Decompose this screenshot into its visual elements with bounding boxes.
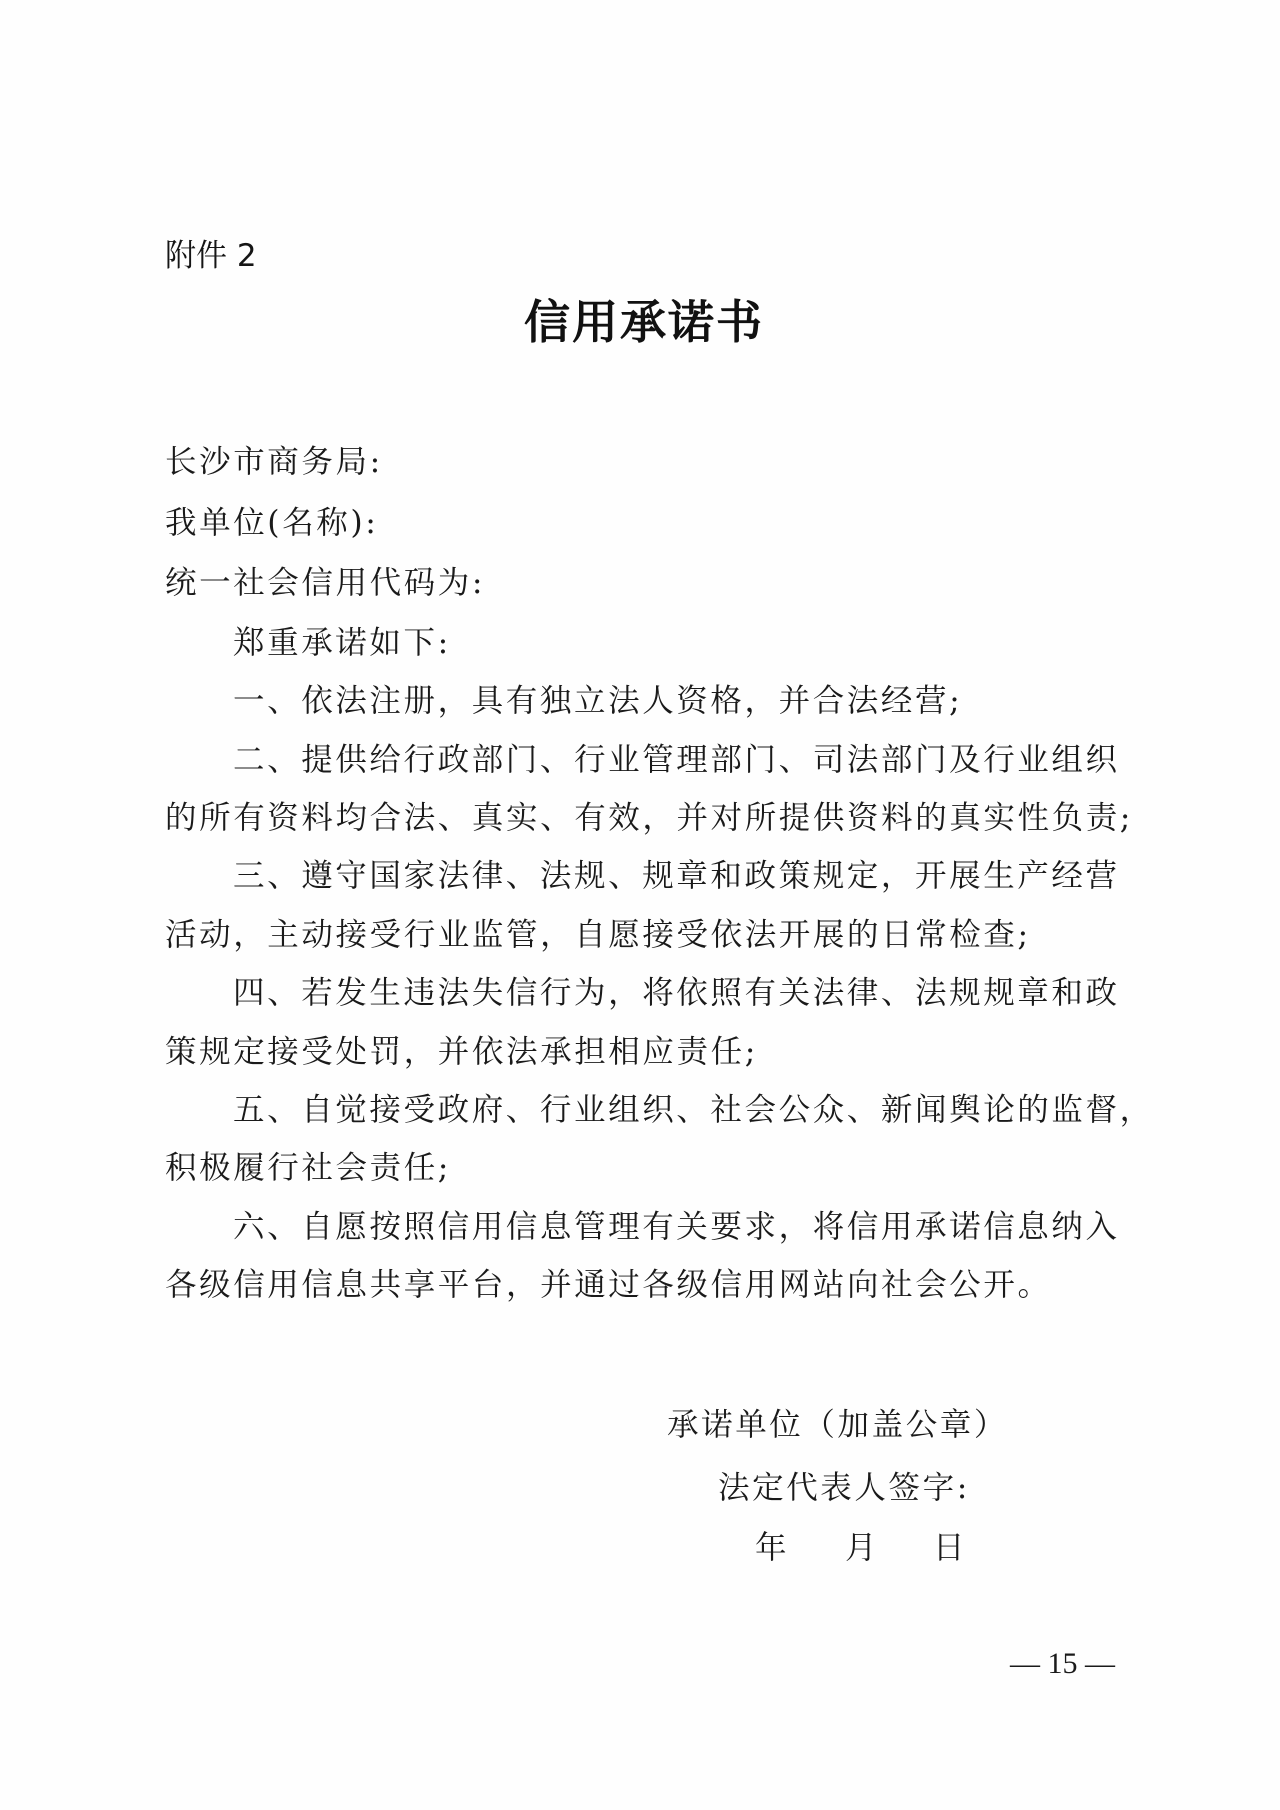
date-year-label: 年	[755, 1528, 845, 1568]
signature-unit-label: 承诺单位（加盖公章）	[667, 1405, 1008, 1445]
document-page: 附件 2 信用承诺书 长沙市商务局: 我单位(名称): 统一社会信用代码为: 郑…	[0, 0, 1280, 1810]
commitment-6: 六、自愿按照信用信息管理有关要求，将信用承诺信息纳入 各级信用信息共享平台，并通…	[165, 1198, 1125, 1315]
commitment-line: 二、提供给行政部门、行业管理部门、司法部门及行业组织	[165, 731, 1125, 789]
commitment-4: 四、若发生违法失信行为，将依照有关法律、法规规章和政 策规定接受处罚，并依法承担…	[165, 964, 1125, 1081]
intro-line: 郑重承诺如下:	[165, 614, 1125, 672]
commitment-1: 一、依法注册，具有独立法人资格，并合法经营;	[165, 672, 1125, 730]
commitment-5: 五、自觉接受政府、行业组织、社会公众、新闻舆论的监督， 积极履行社会责任;	[165, 1081, 1125, 1198]
commitment-line: 积极履行社会责任;	[165, 1139, 1125, 1197]
addressee-line: 长沙市商务局:	[165, 432, 1125, 493]
commitment-line: 策规定接受处罚，并依法承担相应责任;	[165, 1023, 1125, 1081]
commitment-line: 四、若发生违法失信行为，将依照有关法律、法规规章和政	[165, 964, 1125, 1022]
date-day-label: 日	[933, 1528, 967, 1568]
unit-name-field-label: 我单位(名称):	[165, 493, 1125, 554]
commitment-line: 各级信用信息共享平台，并通过各级信用网站向社会公开。	[165, 1256, 1125, 1314]
commitment-line: 一、依法注册，具有独立法人资格，并合法经营;	[165, 672, 1125, 730]
signature-representative-label: 法定代表人签字:	[718, 1468, 970, 1508]
commitment-line: 的所有资料均合法、真实、有效，并对所提供资料的真实性负责;	[165, 789, 1125, 847]
document-title: 信用承诺书	[0, 292, 1280, 352]
date-month-label: 月	[845, 1528, 933, 1568]
commitment-line: 三、遵守国家法律、法规、规章和政策规定，开展生产经营	[165, 847, 1125, 905]
attachment-label: 附件 2	[165, 236, 257, 276]
credit-code-field-label: 统一社会信用代码为:	[165, 553, 1125, 614]
commitment-line: 六、自愿按照信用信息管理有关要求，将信用承诺信息纳入	[165, 1198, 1125, 1256]
commitment-line: 五、自觉接受政府、行业组织、社会公众、新闻舆论的监督，	[165, 1081, 1125, 1139]
page-number: — 15 —	[1010, 1646, 1115, 1682]
signature-date: 年月日	[755, 1528, 967, 1568]
commitment-2: 二、提供给行政部门、行业管理部门、司法部门及行业组织 的所有资料均合法、真实、有…	[165, 731, 1125, 848]
commitment-3: 三、遵守国家法律、法规、规章和政策规定，开展生产经营 活动，主动接受行业监管，自…	[165, 847, 1125, 964]
document-body: 长沙市商务局: 我单位(名称): 统一社会信用代码为: 郑重承诺如下: 一、依法…	[165, 432, 1125, 1314]
commitment-line: 活动，主动接受行业监管，自愿接受依法开展的日常检查;	[165, 906, 1125, 964]
